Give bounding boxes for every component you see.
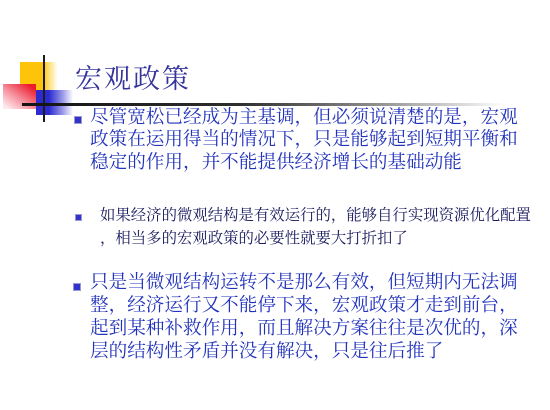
decoration-vertical-line — [43, 55, 45, 122]
presentation-slide: 宏观政策 尽管宽松已经成为主基调，但必须说清楚的是，宏观 政策在运用得当的情况下… — [0, 0, 550, 410]
bullet-marker-icon — [74, 116, 82, 124]
bullet-marker-icon — [75, 214, 82, 221]
bullet-text: 尽管宽松已经成为主基调，但必须说清楚的是，宏观 政策在运用得当的情况下，只是能够… — [90, 107, 545, 174]
bullet-text: 只是当微观结构运转不是那么有效，但短期内无法调 整，经济运行又不能停下来，宏观政… — [90, 271, 545, 363]
slide-title: 宏观政策 — [75, 64, 191, 94]
bullet-marker-icon — [73, 283, 81, 291]
title-underline — [22, 103, 505, 106]
bullet-text: 如果经济的微观结构是有效运行的，能够自行实现资源优化配置 ，相当多的宏观政策的必… — [100, 204, 548, 250]
